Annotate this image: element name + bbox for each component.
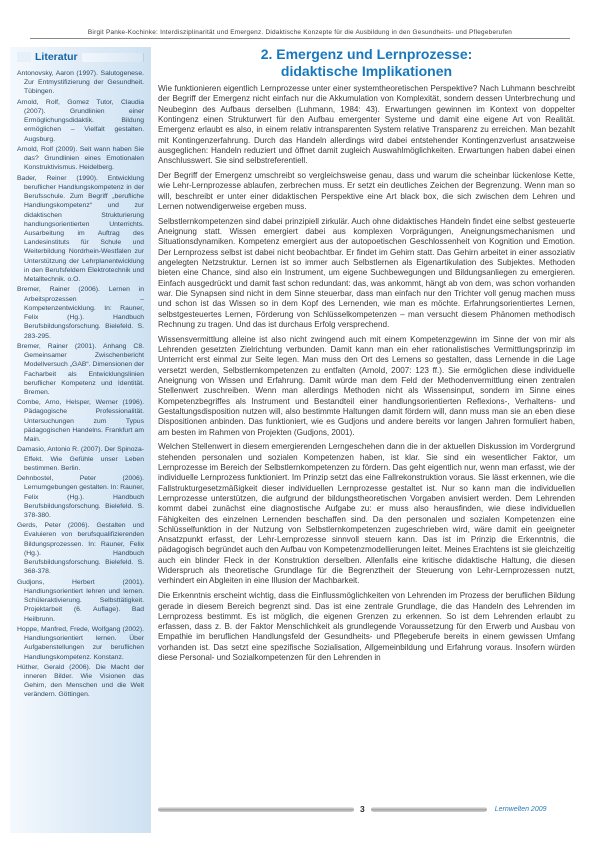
body-paragraph: Die Erkenntnis erscheint wichtig, dass d… (158, 591, 575, 663)
footer-rule-left (158, 807, 354, 812)
body-paragraph: Selbstlernkompetenzen sind dabei prinzip… (158, 217, 575, 330)
literature-heading-row: Literatur (17, 51, 144, 63)
reference-entry: Arnold, Rolf (2009). Seit wann haben Sie… (17, 145, 144, 173)
section-title-line2: didaktische Implikationen (158, 63, 575, 80)
body-text-column: Wie funktionieren eigentlich Lernprozess… (158, 84, 575, 668)
reference-entry: Hüther, Gerald (2006). Die Macht der inn… (17, 663, 144, 700)
page-number: 3 (360, 804, 365, 814)
section-title-line1: 2. Emergenz und Lernprozesse: (158, 46, 575, 63)
edition-label: Lernwelten 2009 (495, 806, 547, 813)
body-paragraph: Wissensvermittlung alleine ist also nich… (158, 335, 575, 438)
reference-entry: Antonovsky, Aaron (1997). Salutogenese. … (17, 69, 144, 97)
body-paragraph: Wie funktionieren eigentlich Lernprozess… (158, 84, 575, 167)
footer-rule-right (371, 807, 487, 812)
body-paragraph: Der Begriff der Emergenz umschreibt so v… (158, 171, 575, 212)
reference-list: Antonovsky, Aaron (1997). Salutogenese. … (17, 69, 144, 700)
body-paragraph: Welchen Stellenwert in diesem emergieren… (158, 442, 575, 586)
running-header: Birgit Panke-Kochinke: Interdisziplinari… (30, 29, 570, 39)
reference-entry: Dehnbostel, Peter (2006). Lernumgebungen… (17, 474, 144, 520)
reference-entry: Hoppe, Manfred, Frede, Wolfgang (2002). … (17, 625, 144, 662)
sidebar-bullet-decoration (17, 52, 31, 62)
reference-entry: Combe, Arno, Helsper, Werner (1996). Päd… (17, 398, 144, 444)
reference-entry: Gerds, Peter (2006). Gestalten und Evalu… (17, 521, 144, 576)
section-title: 2. Emergenz und Lernprozesse: didaktisch… (158, 46, 575, 80)
literature-heading: Literatur (35, 51, 78, 63)
reference-entry: Arnold, Rolf, Gomez Tutor, Claudia (2007… (17, 98, 144, 144)
reference-entry: Damasio, Antonio R. (2007). Der Spinoza-… (17, 445, 144, 473)
literature-sidebar: Literatur Antonovsky, Aaron (1997). Salu… (10, 47, 151, 833)
reference-entry: Bader, Reiner (1990). Entwicklung berufl… (17, 174, 144, 285)
page-footer: 3 Lernwelten 2009 (158, 803, 575, 815)
reference-entry: Bremer, Rainer (2001). Anhang C8. Gemein… (17, 342, 144, 397)
reference-entry: Bremer, Rainer (2006). Lernen in Arbeits… (17, 285, 144, 340)
literature-heading-band (82, 53, 144, 62)
reference-entry: Gudjons, Herbert (2001). Handlungsorient… (17, 578, 144, 624)
